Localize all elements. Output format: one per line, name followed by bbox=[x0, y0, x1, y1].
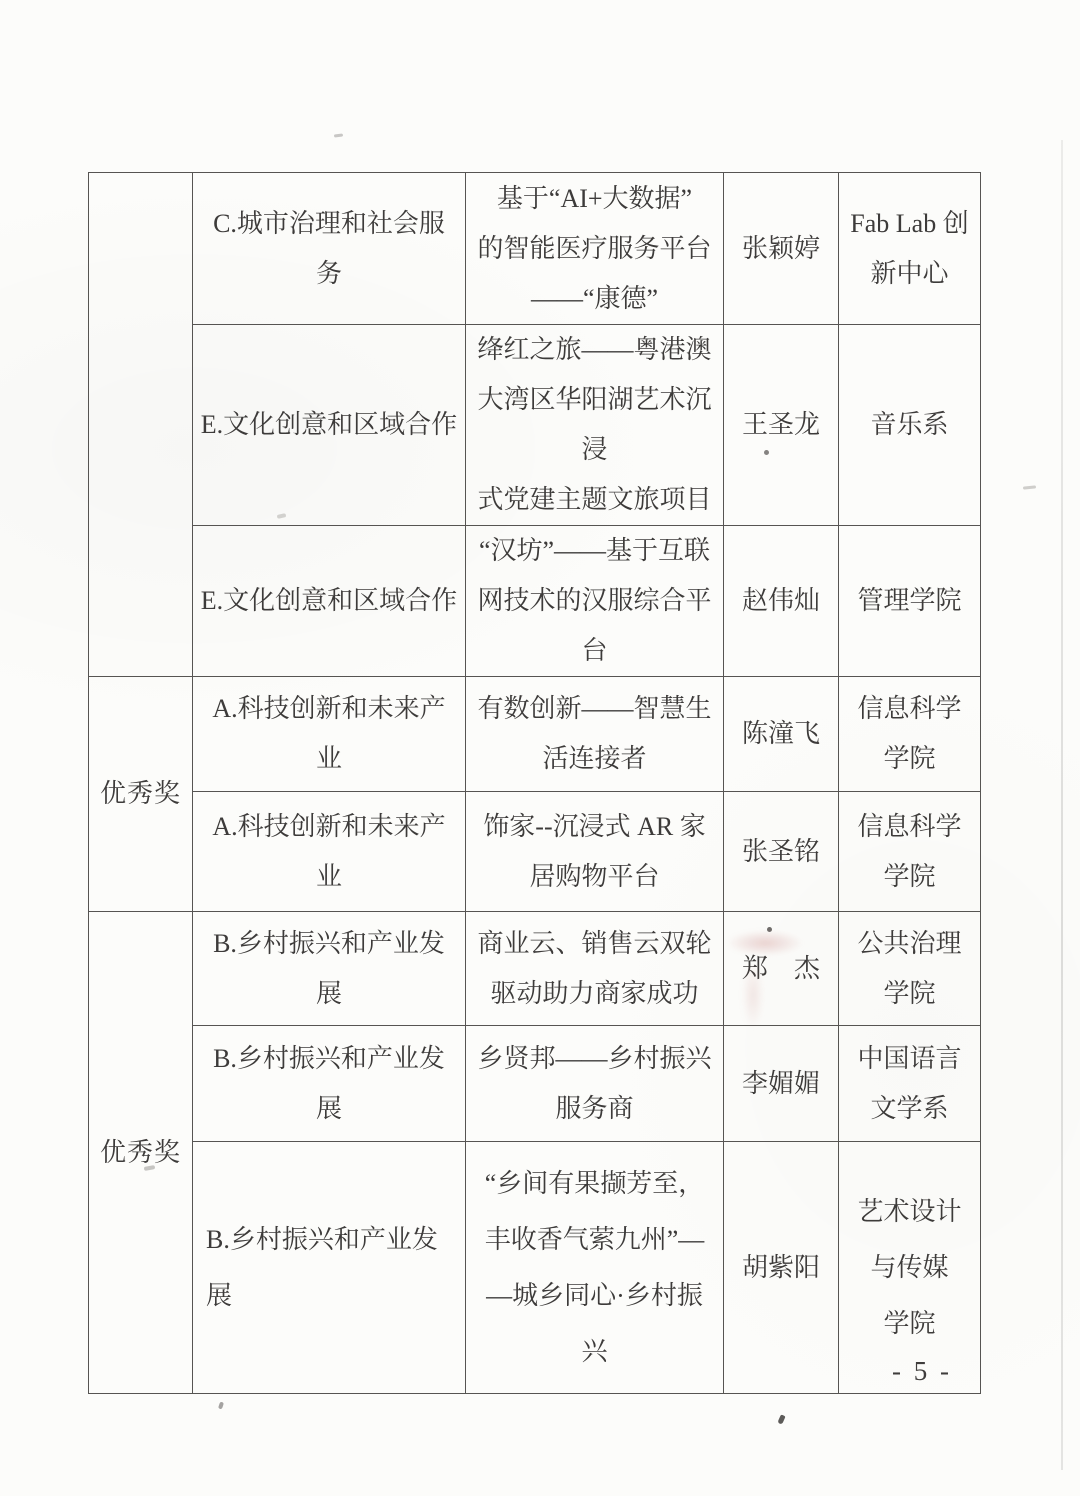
awards-table-body: C.城市治理和社会服 务基于“AI+大数据” 的智能医疗服务平台 ——“康德”张… bbox=[89, 173, 981, 1394]
table-row: A.科技创新和未来产 业饰家--沉浸式 AR 家 居购物平台张圣铭信息科学 学院 bbox=[89, 792, 981, 912]
category-cell: A.科技创新和未来产 业 bbox=[193, 792, 466, 912]
leader-name-cell: 赵伟灿 bbox=[724, 526, 839, 677]
scan-artifact-tick bbox=[777, 1414, 785, 1424]
leader-name-cell: 陈潼飞 bbox=[724, 677, 839, 792]
project-title-cell: 乡贤邦——乡村振兴 服务商 bbox=[466, 1026, 724, 1142]
department-cell: 音乐系 bbox=[839, 325, 981, 526]
category-cell: E.文化创意和区域合作 bbox=[193, 325, 466, 526]
leader-name-cell: 郑 杰 bbox=[724, 912, 839, 1026]
project-title-cell: 绛红之旅——粤港澳 大湾区华阳湖艺术沉浸 式党建主题文旅项目 bbox=[466, 325, 724, 526]
scan-artifact-speck bbox=[334, 133, 343, 137]
category-cell: A.科技创新和未来产 业 bbox=[193, 677, 466, 792]
leader-name-cell: 李媚媚 bbox=[724, 1026, 839, 1142]
category-cell: B.乡村振兴和产业发 展 bbox=[193, 912, 466, 1026]
project-title-cell: 饰家--沉浸式 AR 家 居购物平台 bbox=[466, 792, 724, 912]
award-level-cell: 优秀奖 bbox=[89, 912, 193, 1394]
table-row: B.乡村振兴和产业发 展“乡间有果撷芳至， 丰收香气萦九州”— —城乡同心·乡村… bbox=[89, 1142, 981, 1394]
award-level-cell: 优秀奖 bbox=[89, 677, 193, 912]
category-cell: B.乡村振兴和产业发 展 bbox=[193, 1142, 466, 1394]
table-row: C.城市治理和社会服 务基于“AI+大数据” 的智能医疗服务平台 ——“康德”张… bbox=[89, 173, 981, 325]
category-cell: C.城市治理和社会服 务 bbox=[193, 173, 466, 325]
leader-name-cell: 胡紫阳 bbox=[724, 1142, 839, 1394]
scanned-document-page: C.城市治理和社会服 务基于“AI+大数据” 的智能医疗服务平台 ——“康德”张… bbox=[0, 0, 1080, 1496]
leader-name-cell: 王圣龙 bbox=[724, 325, 839, 526]
category-cell: B.乡村振兴和产业发 展 bbox=[193, 1026, 466, 1142]
project-title-cell: 基于“AI+大数据” 的智能医疗服务平台 ——“康德” bbox=[466, 173, 724, 325]
page-number: - 5 - bbox=[872, 1356, 972, 1387]
table-row: 优秀奖A.科技创新和未来产 业有数创新——智慧生 活连接者陈潼飞信息科学 学院 bbox=[89, 677, 981, 792]
project-title-cell: 有数创新——智慧生 活连接者 bbox=[466, 677, 724, 792]
department-cell: 管理学院 bbox=[839, 526, 981, 677]
award-level-cell bbox=[89, 173, 193, 677]
project-title-cell: 商业云、销售云双轮 驱动助力商家成功 bbox=[466, 912, 724, 1026]
department-cell: 信息科学 学院 bbox=[839, 677, 981, 792]
scan-page-edge-line bbox=[1061, 140, 1063, 1470]
scan-artifact-speck bbox=[218, 1402, 224, 1410]
department-cell: Fab Lab 创 新中心 bbox=[839, 173, 981, 325]
table-row: B.乡村振兴和产业发 展乡贤邦——乡村振兴 服务商李媚媚中国语言 文学系 bbox=[89, 1026, 981, 1142]
leader-name-cell: 张圣铭 bbox=[724, 792, 839, 912]
department-cell: 中国语言 文学系 bbox=[839, 1026, 981, 1142]
leader-name-cell: 张颖婷 bbox=[724, 173, 839, 325]
table-row: E.文化创意和区域合作“汉坊”——基于互联 网技术的汉服综合平台赵伟灿管理学院 bbox=[89, 526, 981, 677]
project-title-cell: “乡间有果撷芳至， 丰收香气萦九州”— —城乡同心·乡村振 兴 bbox=[466, 1142, 724, 1394]
category-cell: E.文化创意和区域合作 bbox=[193, 526, 466, 677]
department-cell: 信息科学 学院 bbox=[839, 792, 981, 912]
awards-table: C.城市治理和社会服 务基于“AI+大数据” 的智能医疗服务平台 ——“康德”张… bbox=[88, 172, 981, 1394]
table-row: E.文化创意和区域合作绛红之旅——粤港澳 大湾区华阳湖艺术沉浸 式党建主题文旅项… bbox=[89, 325, 981, 526]
project-title-cell: “汉坊”——基于互联 网技术的汉服综合平台 bbox=[466, 526, 724, 677]
department-cell: 公共治理 学院 bbox=[839, 912, 981, 1026]
table-row: 优秀奖B.乡村振兴和产业发 展商业云、销售云双轮 驱动助力商家成功郑 杰公共治理… bbox=[89, 912, 981, 1026]
scan-artifact-dash bbox=[1023, 485, 1036, 489]
